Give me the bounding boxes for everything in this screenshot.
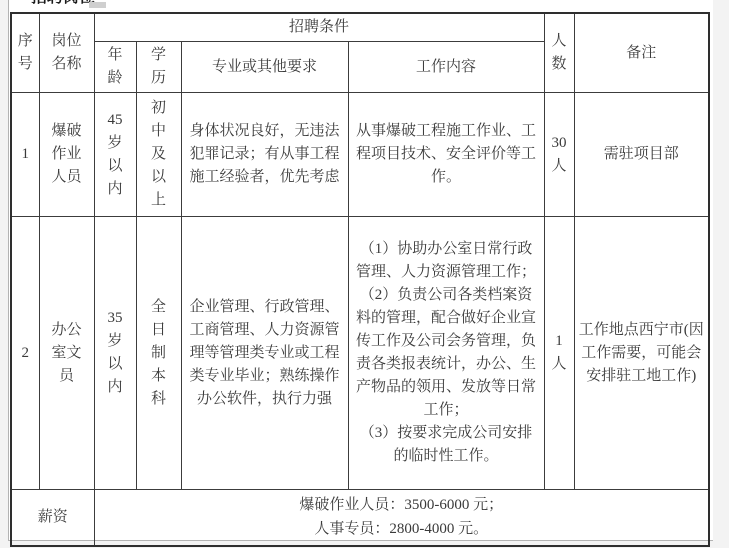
text-line: （3）按要求完成公司安排的临时性工作。 — [353, 422, 540, 468]
cell-age: 45 岁 以 内 — [94, 93, 136, 217]
cell-serial: 1 — [11, 93, 39, 217]
document-page: 招聘岗位 序 号 岗位 名称 招聘条件 人 数 备注 年 龄 学 历 专业或其他… — [8, 0, 713, 541]
cell-position: 办公 室文 员 — [39, 217, 94, 490]
job-row-blaster: 1 爆破 作业 人员 45 岁 以 内 初 中 及 以 上 身体状况良好，无违法… — [11, 93, 709, 217]
text-line: 人事专员：2800-4000 元。 — [99, 517, 705, 541]
title-highlight-fragment — [89, 2, 106, 8]
header-row-top: 序 号 岗位 名称 招聘条件 人 数 备注 — [11, 13, 709, 42]
cell-education: 初 中 及 以 上 — [136, 93, 181, 217]
text-line: 从事爆破工程施工作业、工程项目技术、安全评价等工作。 — [353, 120, 540, 189]
text-line: 爆破作业人员：3500-6000 元； — [99, 493, 705, 517]
cell-headcount: 1 人 — [544, 217, 574, 490]
header-age: 年 龄 — [94, 42, 136, 93]
header-headcount: 人 数 — [544, 13, 574, 93]
header-remarks: 备注 — [574, 13, 709, 93]
cell-age: 35 岁 以 内 — [94, 217, 136, 490]
cell-major: 企业管理、行政管理、工商管理、人力资源管理等管理类专业或工程类专业毕业；熟练操作… — [181, 217, 348, 490]
cell-remarks: 需驻项目部 — [574, 93, 709, 217]
cell-education: 全 日 制 本 科 — [136, 217, 181, 490]
cell-duties: （1）协助办公室日常行政管理、人力资源管理工作；（2）负责公司各类档案资料的管理… — [348, 217, 544, 490]
cell-position: 爆破 作业 人员 — [39, 93, 94, 217]
text-line: （1）协助办公室日常行政管理、人力资源管理工作； — [353, 238, 540, 284]
header-education: 学 历 — [136, 42, 181, 93]
salary-values-cell: 爆破作业人员：3500-6000 元；人事专员：2800-4000 元。 — [94, 490, 709, 546]
salary-label-cell: 薪资 — [11, 490, 94, 546]
header-conditions: 招聘条件 — [94, 13, 544, 42]
job-row-clerk: 2 办公 室文 员 35 岁 以 内 全 日 制 本 科 企业管理、行政管理、工… — [11, 217, 709, 490]
header-major: 专业或其他要求 — [181, 42, 348, 93]
cell-headcount: 30 人 — [544, 93, 574, 217]
cell-serial: 2 — [11, 217, 39, 490]
text-line: （2）负责公司各类档案资料的管理，配合做好企业宣传工作及公司会务管理，负责各类报… — [353, 284, 540, 422]
header-serial: 序 号 — [11, 13, 39, 93]
salary-row: 薪资 爆破作业人员：3500-6000 元；人事专员：2800-4000 元。 — [11, 490, 709, 546]
recruitment-table: 序 号 岗位 名称 招聘条件 人 数 备注 年 龄 学 历 专业或其他要求 工作… — [10, 12, 710, 547]
cell-remarks: 工作地点西宁市(因工作需要，可能会安排驻工地工作) — [574, 217, 709, 490]
cell-major: 身体状况良好，无违法犯罪记录；有从事工程施工经验者，优先考虑 — [181, 93, 348, 217]
document-screenshot: 招聘岗位 序 号 岗位 名称 招聘条件 人 数 备注 年 龄 学 历 专业或其他… — [0, 0, 729, 548]
header-duties: 工作内容 — [348, 42, 544, 93]
cell-duties: 从事爆破工程施工作业、工程项目技术、安全评价等工作。 — [348, 93, 544, 217]
header-position: 岗位 名称 — [39, 13, 94, 93]
